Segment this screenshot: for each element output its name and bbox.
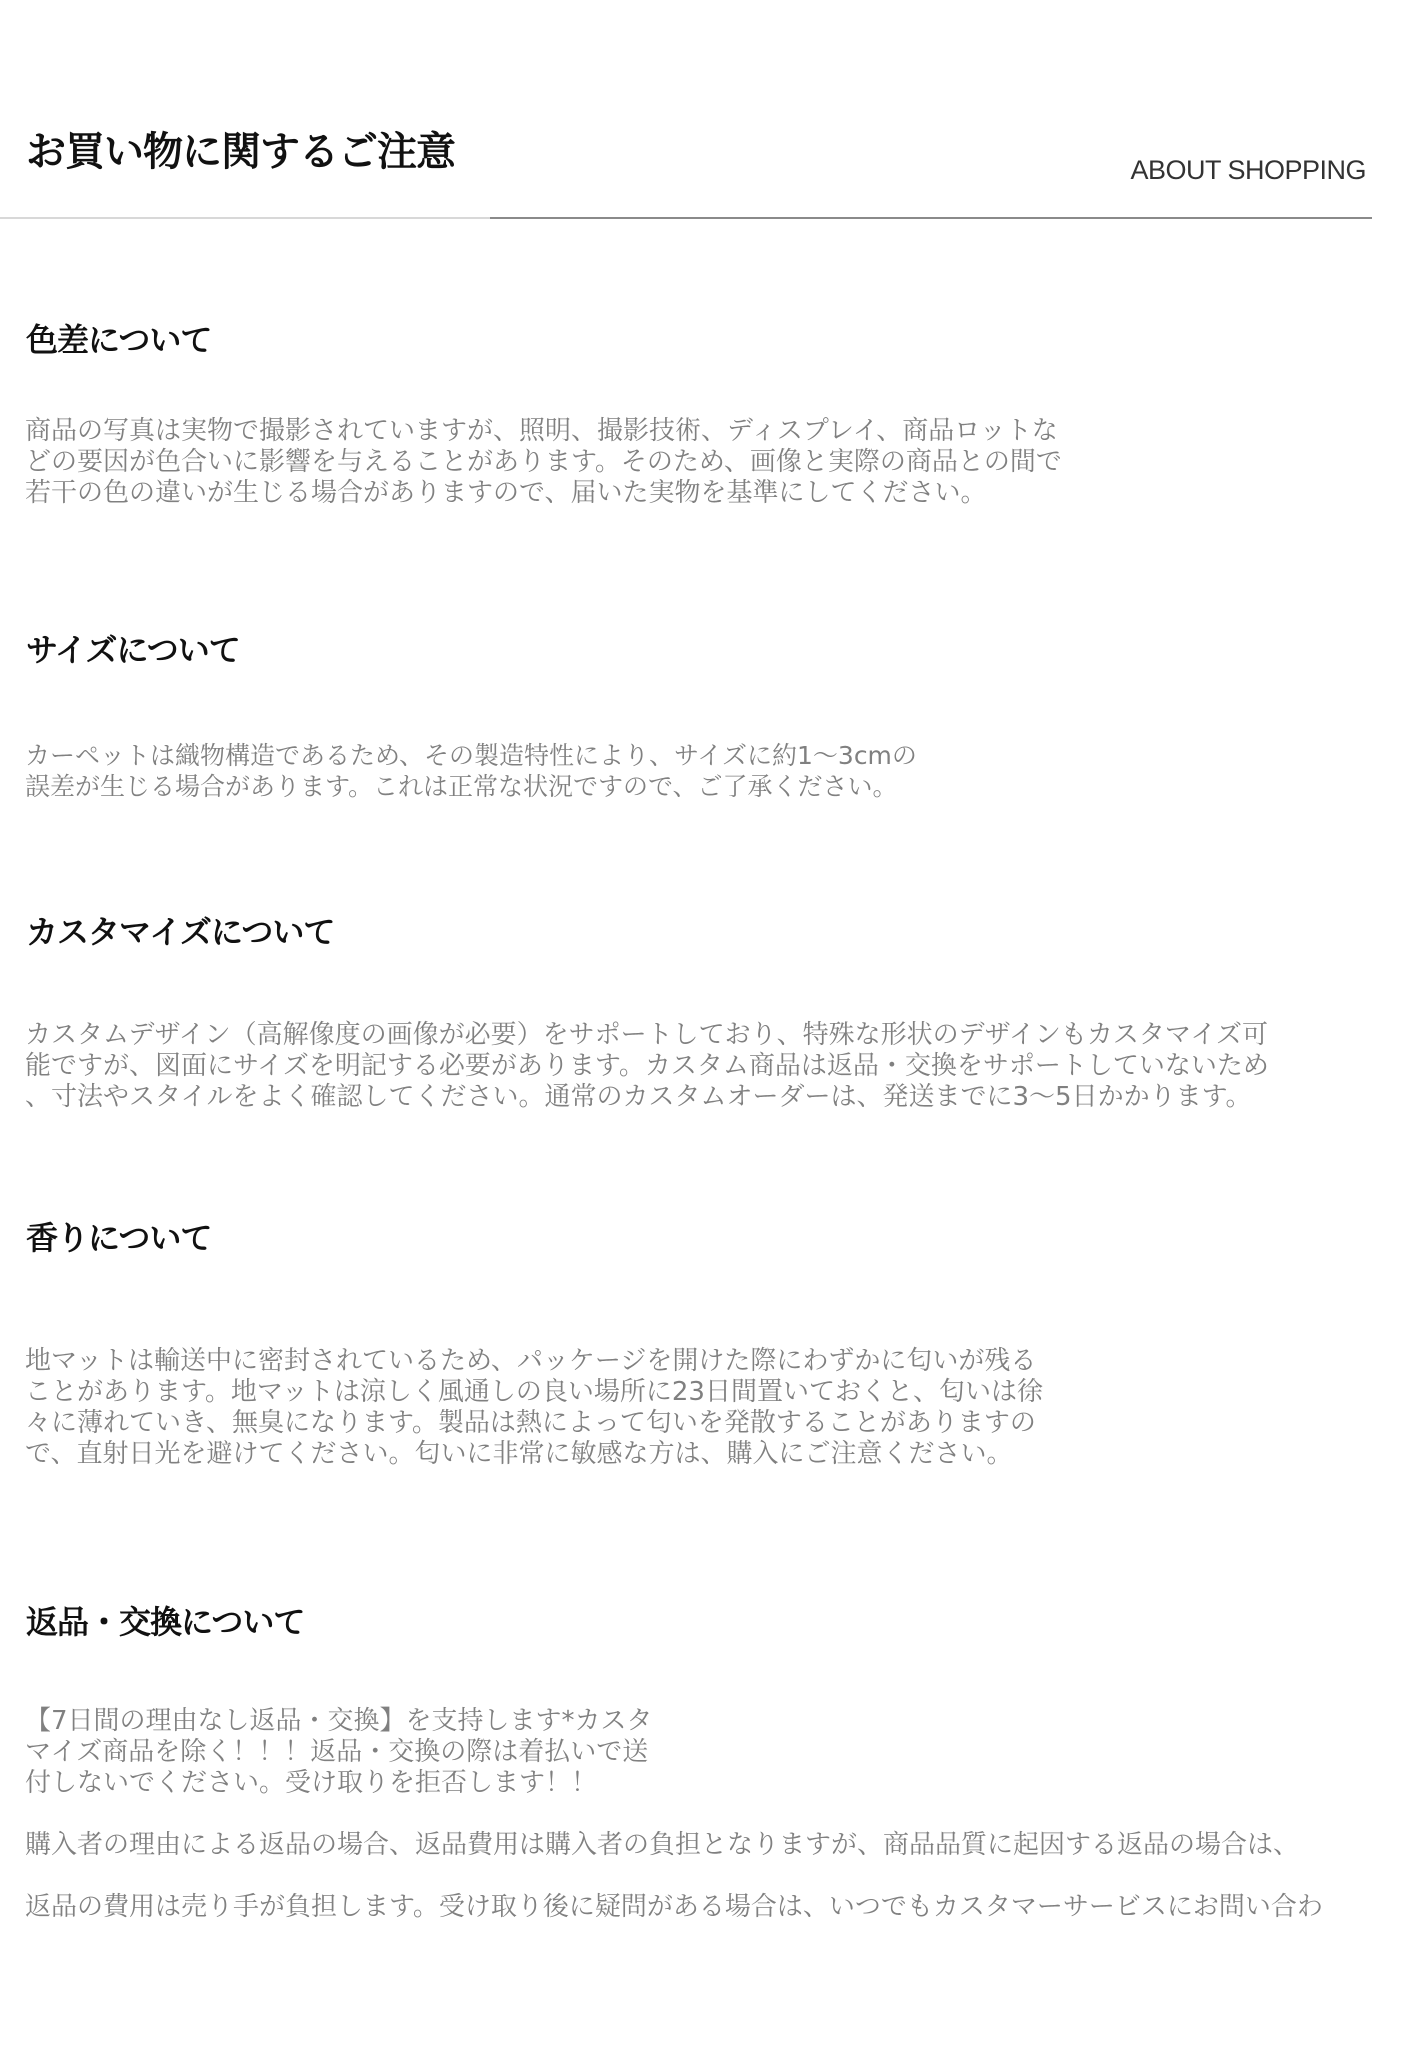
section-body: 【7日間の理由なし返品・交換】を支持します*カスタ マイズ商品を除く！！！返品・… <box>25 1706 1323 1923</box>
body-line: 能ですが、図面にサイズを明記する必要があります。カスタム商品は返品・交換をサポー… <box>25 1051 1269 1082</box>
body-line: カーペットは織物構造であるため、その製造特性により、サイズに約1〜3cmの <box>25 740 917 771</box>
body-line: 【7日間の理由なし返品・交換】を支持します*カスタ <box>25 1706 1323 1737</box>
header-divider-light <box>0 217 490 219</box>
page-header: お買い物に関するご注意 ABOUT SHOPPING <box>0 0 1412 222</box>
body-line: どの要因が色合いに影響を与えることがあります。そのため、画像と実際の商品との間で <box>25 447 1062 478</box>
body-line: で、直射日光を避けてください。匂いに非常に敏感な方は、購入にご注意ください。 <box>25 1439 1043 1470</box>
body-line: 地マットは輸送中に密封されているため、パッケージを開けた際にわずかに匂いが残る <box>25 1346 1043 1377</box>
section-heading: 色差について <box>26 320 211 360</box>
section-body: カスタムデザイン（高解像度の画像が必要）をサポートしており、特殊な形状のデザイン… <box>25 1020 1269 1113</box>
paragraph-gap <box>25 1861 1323 1892</box>
section-body: カーペットは織物構造であるため、その製造特性により、サイズに約1〜3cmの 誤差… <box>25 740 917 802</box>
section-heading: カスタマイズについて <box>26 912 334 952</box>
body-line: 返品の費用は売り手が負担します。受け取り後に疑問がある場合は、いつでもカスタマー… <box>25 1892 1323 1923</box>
section-heading: 香りについて <box>26 1218 211 1258</box>
body-line: マイズ商品を除く！！！返品・交換の際は着払いで送 <box>25 1737 1323 1768</box>
page-title: お買い物に関するご注意 <box>26 128 455 176</box>
section-body: 商品の写真は実物で撮影されていますが、照明、撮影技術、ディスプレイ、商品ロットな… <box>25 416 1062 509</box>
page-subtitle: ABOUT SHOPPING <box>1130 154 1366 186</box>
section-heading: サイズについて <box>26 630 240 670</box>
section-heading: 返品・交換について <box>26 1602 304 1642</box>
body-line: 若干の色の違いが生じる場合がありますので、届いた実物を基準にしてください。 <box>25 478 1062 509</box>
body-line: 付しないでください。受け取りを拒否します！！ <box>25 1768 1323 1799</box>
body-line: 々に薄れていき、無臭になります。製品は熱によって匂いを発散することがありますの <box>25 1408 1043 1439</box>
body-line: カスタムデザイン（高解像度の画像が必要）をサポートしており、特殊な形状のデザイン… <box>25 1020 1269 1051</box>
header-divider-dark <box>490 217 1372 219</box>
body-line: 、寸法やスタイルをよく確認してください。通常のカスタムオーダーは、発送までに3〜… <box>25 1082 1269 1113</box>
body-line: 誤差が生じる場合があります。これは正常な状況ですので、ご了承ください。 <box>25 771 917 802</box>
body-line: 購入者の理由による返品の場合、返品費用は購入者の負担となりますが、商品品質に起因… <box>25 1830 1323 1861</box>
section-body: 地マットは輸送中に密封されているため、パッケージを開けた際にわずかに匂いが残る … <box>25 1346 1043 1470</box>
body-line: ことがあります。地マットは涼しく風通しの良い場所に23日間置いておくと、匂いは徐 <box>25 1377 1043 1408</box>
body-line: 商品の写真は実物で撮影されていますが、照明、撮影技術、ディスプレイ、商品ロットな <box>25 416 1062 447</box>
paragraph-gap <box>25 1799 1323 1830</box>
